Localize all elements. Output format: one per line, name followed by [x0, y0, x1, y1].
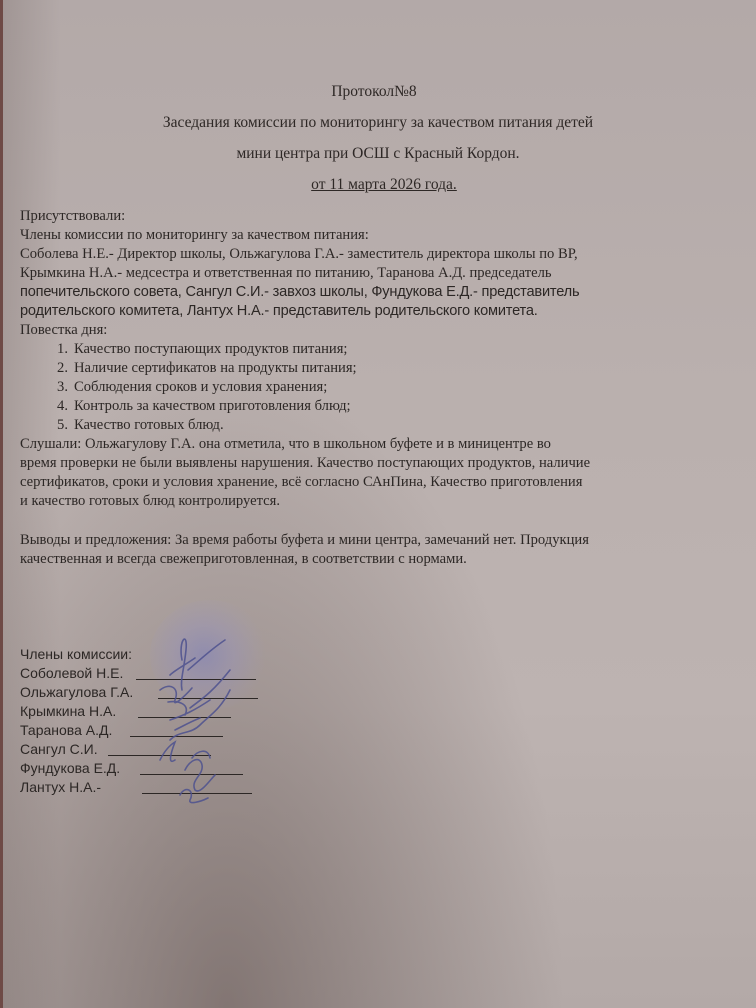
heard-line: время проверки не были выявлены нарушени… — [20, 454, 756, 473]
agenda-item-text: Наличие сертификатов на продукты питания… — [74, 360, 357, 376]
heard-line: Слушали: Ольжагулову Г.А. она отметила, … — [20, 435, 756, 454]
agenda-item-text: Контроль за качеством приготовления блюд… — [74, 398, 351, 414]
signer-name: Сангул С.И. — [20, 741, 98, 757]
signer-name: Крымкина Н.А. — [20, 703, 116, 719]
document-header: Протокол№8 Заседания комиссии по монитор… — [0, 76, 756, 200]
signer-name: Ольжагулова Г.А. — [20, 684, 133, 700]
handwritten-signatures-icon — [130, 630, 270, 830]
signer-name: Лантух Н.А.- — [20, 779, 101, 795]
heard-line: и качество готовых блюд контролируется. — [20, 492, 756, 511]
agenda-item: 3.Соблюдения сроков и условия хранения; — [20, 378, 756, 397]
signer-name: Таранова А.Д. — [20, 722, 112, 738]
agenda-heading: Повестка дня: — [20, 321, 756, 340]
attendance-line: Члены комиссии по мониторингу за качеств… — [20, 226, 756, 245]
conclusions-line: Выводы и предложения: За время работы бу… — [20, 531, 756, 550]
attendance-line: Соболева Н.Е.- Директор школы, Ольжагуло… — [20, 245, 756, 264]
agenda-item-number: 3. — [48, 378, 68, 397]
agenda-item-text: Соблюдения сроков и условия хранения; — [74, 379, 327, 395]
agenda-item-text: Качество поступающих продуктов питания; — [74, 341, 347, 357]
conclusions-line: качественная и всегда свежеприготовленна… — [20, 550, 756, 569]
attendance-line: попечительского совета, Сангул С.И.- зав… — [20, 283, 756, 302]
agenda-item: 1.Качество поступающих продуктов питания… — [20, 340, 756, 359]
document-body: Присутствовали: Члены комиссии по монито… — [20, 207, 756, 569]
agenda-item-number: 4. — [48, 397, 68, 416]
agenda-item-text: Качество готовых блюд. — [74, 417, 224, 433]
signer-name: Соболевой Н.Е. — [20, 665, 123, 681]
protocol-subtitle-line2: мини центра при ОСШ с Красный Кордон. — [0, 138, 756, 169]
protocol-date: от 11 марта 2026 года. — [12, 169, 756, 200]
agenda-list: 1.Качество поступающих продуктов питания… — [20, 340, 756, 435]
attendance-heading: Присутствовали: — [20, 207, 756, 226]
agenda-item: 5.Качество готовых блюд. — [20, 416, 756, 435]
agenda-item-number: 5. — [48, 416, 68, 435]
agenda-item-number: 2. — [48, 359, 68, 378]
agenda-item-number: 1. — [48, 340, 68, 359]
attendance-line: Крымкина Н.А.- медсестра и ответственная… — [20, 264, 756, 283]
protocol-title: Протокол№8 — [0, 76, 756, 107]
signer-name: Фундукова Е.Д. — [20, 760, 120, 776]
agenda-item: 2.Наличие сертификатов на продукты питан… — [20, 359, 756, 378]
heard-line: сертификатов, сроки и условия хранение, … — [20, 473, 756, 492]
protocol-subtitle-line1: Заседания комиссии по мониторингу за кач… — [0, 107, 756, 138]
spacer — [20, 511, 756, 531]
attendance-line: родительского комитета, Лантух Н.А.- пре… — [20, 302, 756, 321]
agenda-item: 4.Контроль за качеством приготовления бл… — [20, 397, 756, 416]
